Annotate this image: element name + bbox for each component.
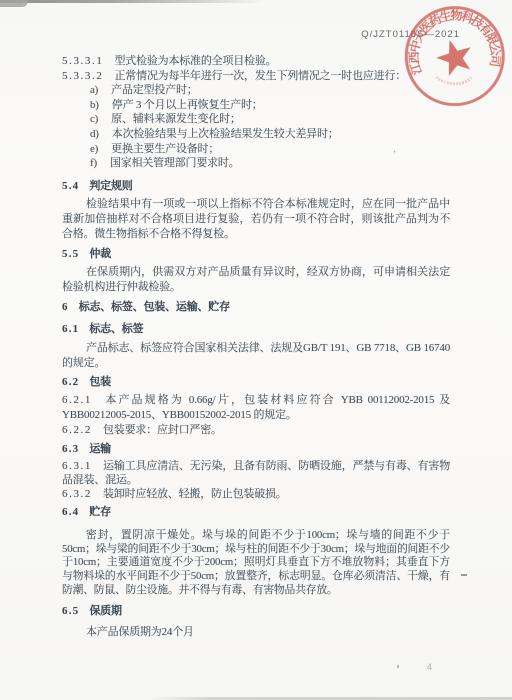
heading-number: 6.1 (62, 323, 79, 335)
clause-text: 包装要求：应封口严密。 (103, 424, 222, 436)
section-heading-6-5: 6.5保质期 (62, 604, 450, 619)
section-heading-6: 6标志、标签、包装、运输、贮存 (62, 300, 450, 315)
heading-number: 6.2 (62, 376, 79, 388)
paragraph-6-5: 本产品保质期为24个月 (62, 625, 450, 640)
clause-text: 本产品规格为 0.66g/片，包装材料应符合 YBB 00112002-2015… (62, 394, 450, 421)
clause-number: 5.3.3.2 (62, 70, 103, 82)
section-heading-5-4: 5.4判定规则 (62, 179, 450, 194)
list-text: 原、辅料来源发生变化时； (111, 113, 241, 125)
section-heading-6-3: 6.3运输 (62, 442, 450, 457)
heading-text: 贮存 (89, 506, 111, 518)
paragraph-5-4: 检验结果中有一项或一项以上指标不符合本标准规定时，应在同一批产品中重新加倍抽样对… (62, 197, 450, 242)
scan-edge-corner (0, 0, 28, 7)
heading-number: 6.5 (62, 605, 79, 617)
heading-text: 运输 (89, 443, 111, 455)
clause-text: 型式检验为本标准的全项目检验。 (114, 55, 276, 67)
clause-6-2-1: 6.2.1本产品规格为 0.66g/片，包装材料应符合 YBB 00112002… (62, 393, 450, 423)
clause-number: 6.3.2 (62, 488, 92, 500)
heading-text: 标志、标签、包装、运输、贮存 (79, 301, 230, 313)
document-body: 5.3.3.1型式检验为本标准的全项目检验。 5.3.3.2正常情况为每半年进行… (62, 54, 450, 640)
section-heading-5-5: 5.5仲裁 (62, 247, 450, 262)
heading-text: 保质期 (89, 605, 121, 617)
section-heading-6-4: 6.4贮存 (62, 505, 450, 520)
clause-number: 6.2.2 (62, 424, 92, 436)
paragraph-6-1: 产品标志、标签应符合国家相关法律、法规及GB/T 191、GB 7718、GB … (62, 341, 450, 371)
heading-text: 包装 (89, 376, 111, 388)
heading-text: 标志、标签 (89, 323, 143, 335)
clause-number: 6.2.1 (62, 394, 92, 406)
list-text: 产品定型投产时； (111, 84, 197, 96)
list-item: a)产品定型投产时； (62, 83, 450, 98)
section-heading-6-2: 6.2包装 (62, 375, 450, 390)
list-item: c)原、辅料来源发生变化时； (62, 112, 450, 127)
list-item: e)更换主要生产设备时； (62, 142, 450, 157)
scan-speck (397, 665, 399, 668)
list-item: d)本次检验结果与上次检验结果发生较大差异时； (62, 127, 450, 142)
scan-edge-top (0, 0, 300, 3)
heading-number: 6.3 (62, 443, 79, 455)
list-letter: e) (90, 143, 98, 155)
paragraph-6-4: 密封，置阴凉干燥处。垛与垛的间距不少于100cm；垛与墙的间距不少于50cm；垛… (62, 529, 450, 598)
clause-text: 运输工具应清洁、无污染，且备有防雨、防晒设施，严禁与有毒、有害物品混装、混运。 (62, 460, 450, 486)
scan-speck (461, 574, 467, 576)
page-number: 4 (427, 662, 432, 672)
list-item: b)停产 3 个月以上再恢复生产时； (62, 98, 450, 113)
list-letter: f) (90, 157, 97, 169)
clause-number: 6.3.1 (62, 460, 92, 472)
list-text: 本次检验结果与上次检验结果发生较大差异时； (112, 128, 339, 140)
heading-number: 5.4 (62, 180, 79, 192)
list-letter: b) (90, 99, 99, 111)
section-heading-6-1: 6.1标志、标签 (62, 322, 450, 337)
paragraph-5-5: 在保质期内，供需双方对产品质量有异议时，经双方协商，可申请相关法定检验机构进行仲… (62, 265, 450, 295)
heading-number: 6.4 (62, 506, 79, 518)
heading-number: 6 (62, 301, 69, 313)
heading-number: 5.5 (62, 248, 79, 260)
heading-text: 仲裁 (89, 248, 111, 260)
clause-6-3-2: 6.3.2装卸时应轻放、轻搬，防止包装破损。 (62, 487, 450, 501)
scan-speck: ， (393, 140, 403, 155)
heading-text: 判定规则 (89, 180, 132, 192)
clause-5-3-3-2: 5.3.3.2正常情况为每半年进行一次，发生下列情况之一时也应进行： (62, 69, 450, 84)
clause-number: 5.3.3.1 (62, 55, 103, 67)
list-text: 停产 3 个月以上再恢复生产时； (112, 99, 263, 111)
list-letter: a) (90, 84, 98, 96)
clause-6-2-2: 6.2.2包装要求：应封口严密。 (62, 423, 450, 438)
clause-text: 装卸时应轻放、轻搬，防止包装破损。 (103, 488, 287, 500)
list-letter: c) (90, 113, 98, 125)
clause-text: 正常情况为每半年进行一次，发生下列情况之一时也应进行： (114, 70, 406, 82)
list-text: 更换主要生产设备时； (111, 143, 219, 155)
clause-5-3-3-1: 5.3.3.1型式检验为本标准的全项目检验。 (62, 54, 450, 69)
list-text: 国家相关管理部门要求时。 (110, 157, 240, 169)
list-item: f)国家相关管理部门要求时。 (62, 156, 450, 171)
list-letter: d) (90, 128, 99, 140)
scanned-document-page: Q/JZT0118S—2021 江西中天医药生物科技有限公司 360100000… (0, 0, 512, 700)
clause-6-3-1: 6.3.1运输工具应清洁、无污染，且备有防雨、防晒设施，严禁与有毒、有害物品混装… (62, 459, 450, 487)
